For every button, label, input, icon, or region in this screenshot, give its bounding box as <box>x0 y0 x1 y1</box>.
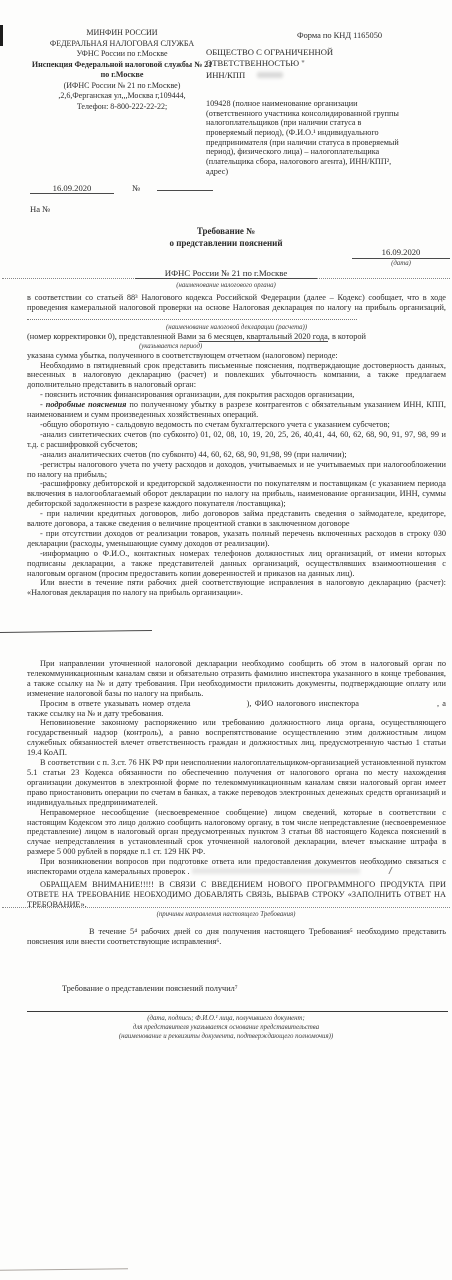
recipient-block: ОБЩЕСТВО С ОГРАНИЧЕННОЙ ОТВЕТСТВЕННОСТЬЮ… <box>206 47 408 82</box>
period-underlined: за 6 месяцев, квартальный 2020 года <box>199 332 328 342</box>
blank-field <box>191 705 247 706</box>
recipient-name: ОБЩЕСТВО С ОГРАНИЧЕННОЙ ОТВЕТСТВЕННОСТЬЮ… <box>206 47 408 69</box>
paragraph-correction-period: (номер корректировки 0), представленной … <box>27 332 446 342</box>
paragraph-contact-inspectors: При возникновении вопросов при подготовк… <box>27 857 446 877</box>
tax-authority-caption: (наименование налогового органа) <box>0 281 452 290</box>
deadline-paragraph: В течение 5⁴ рабочих дней со дня получен… <box>27 927 446 947</box>
paragraph-updated-declaration: При направлении уточненной налоговой дек… <box>27 659 446 699</box>
sender-line: по г.Москве <box>16 70 228 81</box>
redaction-blur <box>192 868 360 874</box>
scan-bottom-artifact <box>0 1268 128 1271</box>
sender-line: Инспекция Федеральной налоговой службы №… <box>16 60 228 71</box>
sender-phone: Телефон: 8-800-222-22-22; <box>16 102 228 113</box>
sender-address: ,2,6,Ферганская ул,,,Москва г,109444, <box>16 91 228 102</box>
section-separator-line <box>0 630 152 633</box>
received-line: Требование о представлении пояснений пол… <box>62 984 238 993</box>
outgoing-date: 16.09.2020 <box>30 183 114 194</box>
redaction-blur <box>257 72 283 78</box>
period-caption: (указывается период) <box>139 342 446 351</box>
issue-date: 16.09.2020 <box>352 247 450 259</box>
scan-mark-artifact <box>384 867 392 874</box>
paragraph-explanations-required: Необходимо в пятидневный срок представит… <box>27 361 446 391</box>
statement-list-item: - при отсутствии доходов от реализации т… <box>27 529 446 549</box>
form-kind-label: Форма по КНД 1165050 <box>297 31 382 40</box>
sender-line: (ИФНС России № 21 по г.Москве) <box>16 81 228 92</box>
title-line-1: Требование № <box>0 226 452 238</box>
reasons-caption: (причины направления настоящего Требован… <box>0 910 452 919</box>
statement-list-item: Или внести в течение пяти рабочих дней с… <box>27 578 446 598</box>
paragraph-reply-reference: Просим в ответе указывать номер отдела),… <box>27 699 446 719</box>
statement-list-item: -расшифровку дебиторской и кредиторской … <box>27 479 446 509</box>
paragraph-loss-amount: указана сумма убытка, полученного в соот… <box>27 351 446 361</box>
declaration-name-caption: (наименование налоговой декларации (расч… <box>27 323 446 332</box>
statement-list-item: -регистры налогового учета по учету расх… <box>27 460 446 480</box>
issue-date-block: 16.09.2020 (дата) <box>352 247 450 268</box>
paragraph-koap-liability: Неповиновение законному распоряжению или… <box>27 718 446 758</box>
dotted-fill-line <box>27 313 357 320</box>
signature-caption-3: (наименование и реквизиты документа, под… <box>0 1032 452 1041</box>
document-title: Требование № о представлении пояснений <box>0 226 452 249</box>
scanned-tax-requirement-document: МИНФИН РОССИИ ФЕДЕРАЛЬНАЯ НАЛОГОВАЯ СЛУЖ… <box>0 0 452 1280</box>
attention-note: ОБРАЩАЕМ ВНИМАНИЕ!!!!! В СВЯЗИ С ВВЕДЕНИ… <box>27 880 446 910</box>
tax-authority-name: ИФНС России № 21 по г.Москве <box>135 268 318 279</box>
statement-list-item: -общую оборотную - сальдовую ведомость п… <box>27 420 446 430</box>
sender-line: ФЕДЕРАЛЬНАЯ НАЛОГОВАЯ СЛУЖБА <box>16 39 228 50</box>
outgoing-ref-row: 16.09.2020 № <box>30 183 213 194</box>
statement-list-item: - пояснить источник финансирования орган… <box>27 390 446 400</box>
reasons-dotted-line <box>2 907 450 908</box>
statement-list-item: - при наличии кредитных договоров, либо … <box>27 509 446 529</box>
issue-date-caption: (дата) <box>352 259 450 268</box>
sender-line: МИНФИН РОССИИ <box>16 28 228 39</box>
recipient-note: 109428 (полное наименование организации … <box>206 99 409 176</box>
statement-list-item: -анализ синтетических счетов (по субконт… <box>27 430 446 450</box>
signature-caption-1: (дата, подпись; Ф.И.О.¹ лица, получившег… <box>0 1014 452 1023</box>
body-section-2: При направлении уточненной налоговой дек… <box>27 659 446 910</box>
outgoing-number-blank <box>157 190 213 191</box>
deadline-block: В течение 5⁴ рабочих дней со дня получен… <box>27 927 446 947</box>
statement-list-item: -анализ аналитических счетов (по субконт… <box>27 450 446 460</box>
signature-caption-2: для представителя указывается основание … <box>0 1023 452 1032</box>
sender-block: МИНФИН РОССИИ ФЕДЕРАЛЬНАЯ НАЛОГОВАЯ СЛУЖ… <box>16 28 228 112</box>
scan-edge-artifact <box>0 25 3 46</box>
body-section-1: в соответствии со статьей 88³ Налогового… <box>27 293 446 598</box>
blank-field <box>359 705 437 706</box>
reply-to-number-label: На № <box>30 204 50 214</box>
paragraph-fine-129: Неправомерное несообщение (несвоевременн… <box>27 808 446 858</box>
paragraph-legal-basis: в соответствии со статьей 88³ Налогового… <box>27 293 446 323</box>
statement-list-item: - подробные пояснения по полученному убы… <box>27 400 446 420</box>
sender-line: УФНС России по г.Москве <box>16 49 228 60</box>
paragraph-nk76-suspension: В соответствии с п. 3.ст. 76 НК РФ при н… <box>27 758 446 808</box>
outgoing-number-label: № <box>132 183 140 193</box>
statement-list-item: -информацию о Ф.И.О., контактных номерах… <box>27 549 446 579</box>
inn-kpp-label: ИНН/КПП <box>206 70 245 80</box>
signature-captions: (дата, подпись; Ф.И.О.¹ лица, получившег… <box>0 1014 452 1041</box>
recipient-inn-line: ИНН/КПП <box>206 70 408 81</box>
signature-line <box>27 1011 448 1012</box>
tax-authority-line: ИФНС России № 21 по г.Москве <box>2 268 450 279</box>
